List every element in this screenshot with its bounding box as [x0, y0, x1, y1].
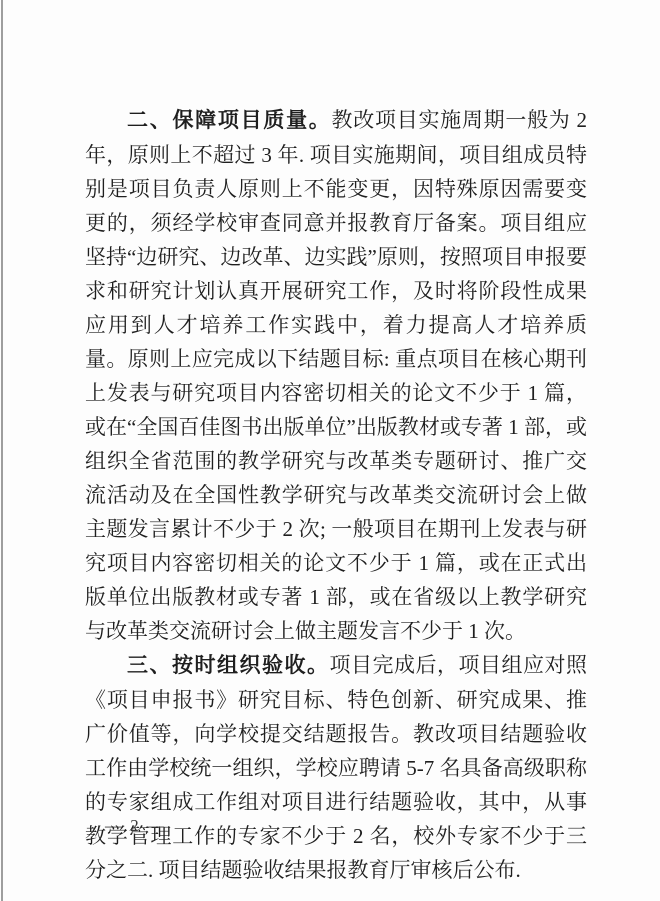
paragraph-organize-acceptance: 三、按时组织验收。项目完成后，项目组应对照《项目申报书》研究目标、特色创新、研究…: [85, 648, 587, 887]
page-number: — 2 —: [105, 816, 166, 836]
paragraph-ensure-project-quality: 二、保障项目质量。教改项目实施周期一般为 2 年，原则上不超过 3 年. 项目实…: [85, 103, 587, 648]
section-body-3: 项目完成后，项目组应对照《项目申报书》研究目标、特色创新、研究成果、推广价值等，…: [85, 653, 587, 882]
document-body: 二、保障项目质量。教改项目实施周期一般为 2 年，原则上不超过 3 年. 项目实…: [85, 103, 587, 887]
scan-edge-line: [1, 0, 3, 901]
document-page: 二、保障项目质量。教改项目实施周期一般为 2 年，原则上不超过 3 年. 项目实…: [0, 0, 660, 901]
section-body-2: 教改项目实施周期一般为 2 年，原则上不超过 3 年. 项目实施期间，项目组成员…: [85, 108, 587, 643]
section-heading-2: 二、保障项目质量。: [127, 109, 332, 132]
section-heading-3: 三、按时组织验收。: [127, 654, 330, 677]
